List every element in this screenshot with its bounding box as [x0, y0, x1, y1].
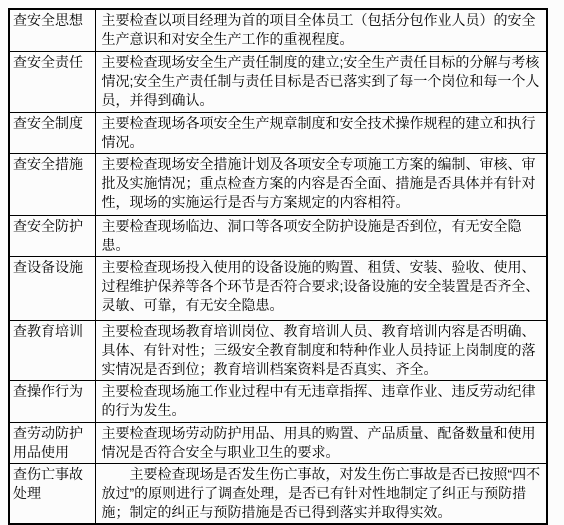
inspection-item-label: 查安全思想: [9, 9, 95, 51]
table-row: 查操作行为 主要检查现场施工作业过程中有无违章指挥、违章作业、违反劳动纪律的行为…: [9, 380, 547, 422]
inspection-item-label: 查教育培训: [9, 320, 95, 380]
table-row: 查安全制度 主要检查现场各项安全生产规章制度和安全技术操作规程的建立和执行情况。: [9, 112, 547, 153]
inspection-item-description: 主要检查现场安全措施计划及各项安全专项施工方案的编制、审核、审批及实施情况；重点…: [95, 153, 547, 215]
table-row: 查设备设施 主要检查现场投入使用的设备设施的购置、租赁、安装、验收、使用、过程维…: [9, 256, 547, 320]
table-row: 查教育培训 主要检查现场教育培训岗位、教育培训人员、教育培训内容是否明确、具体、…: [9, 320, 547, 380]
inspection-item-label: 查劳动防护用品使用: [9, 422, 95, 463]
inspection-item-label: 查操作行为: [9, 380, 95, 422]
table-row: 查安全责任 主要检查现场安全生产责任制度的建立;安全生产责任目标的分解与考核情况…: [9, 51, 547, 112]
document-page: 查安全思想 主要检查以项目经理为首的项目全体员工（包括分包作业人员）的安全生产意…: [0, 0, 564, 524]
table-row: 查劳动防护用品使用 主要检查现场劳动防护用品、用具的购置、产品质量、配备数量和使…: [9, 422, 547, 463]
inspection-item-label: 查伤亡事故处理: [9, 463, 95, 524]
inspection-item-description: 主要检查现场教育培训岗位、教育培训人员、教育培训内容是否明确、具体、有针对性；三…: [95, 320, 547, 380]
inspection-item-description: 主要检查以项目经理为首的项目全体员工（包括分包作业人员）的安全生产意识和对安全生…: [95, 9, 547, 51]
inspection-item-description: 主要检查现场安全生产责任制度的建立;安全生产责任目标的分解与考核情况;安全生产责…: [95, 51, 547, 112]
inspection-item-label: 查安全防护: [9, 215, 95, 256]
inspection-item-label: 查设备设施: [9, 256, 95, 320]
inspection-item-description: 主要检查现场各项安全生产规章制度和安全技术操作规程的建立和执行情况。: [95, 112, 547, 153]
inspection-item-description: 主要检查现场临边、洞口等各项安全防护设施是否到位，有无安全隐患。: [95, 215, 547, 256]
table-row: 查伤亡事故处理 主要检查现场是否发生伤亡事故，对发生伤亡事故是否已按照“四不放过…: [9, 463, 547, 524]
inspection-item-description: 主要检查现场施工作业过程中有无违章指挥、违章作业、违反劳动纪律的行为发生。: [95, 380, 547, 422]
table-row: 查安全防护 主要检查现场临边、洞口等各项安全防护设施是否到位，有无安全隐患。: [9, 215, 547, 256]
table-row: 查安全措施 主要检查现场安全措施计划及各项安全专项施工方案的编制、审核、审批及实…: [9, 153, 547, 215]
table-row: 查安全思想 主要检查以项目经理为首的项目全体员工（包括分包作业人员）的安全生产意…: [9, 9, 547, 51]
safety-inspection-table: 查安全思想 主要检查以项目经理为首的项目全体员工（包括分包作业人员）的安全生产意…: [8, 8, 548, 525]
inspection-item-description: 主要检查现场是否发生伤亡事故，对发生伤亡事故是否已按照“四不放过”的原则进行了调…: [95, 463, 547, 524]
inspection-item-label: 查安全措施: [9, 153, 95, 215]
inspection-item-label: 查安全制度: [9, 112, 95, 153]
inspection-item-description: 主要检查现场劳动防护用品、用具的购置、产品质量、配备数量和使用情况是否符合安全与…: [95, 422, 547, 463]
inspection-item-label: 查安全责任: [9, 51, 95, 112]
inspection-item-description: 主要检查现场投入使用的设备设施的购置、租赁、安装、验收、使用、过程维护保养等各个…: [95, 256, 547, 320]
